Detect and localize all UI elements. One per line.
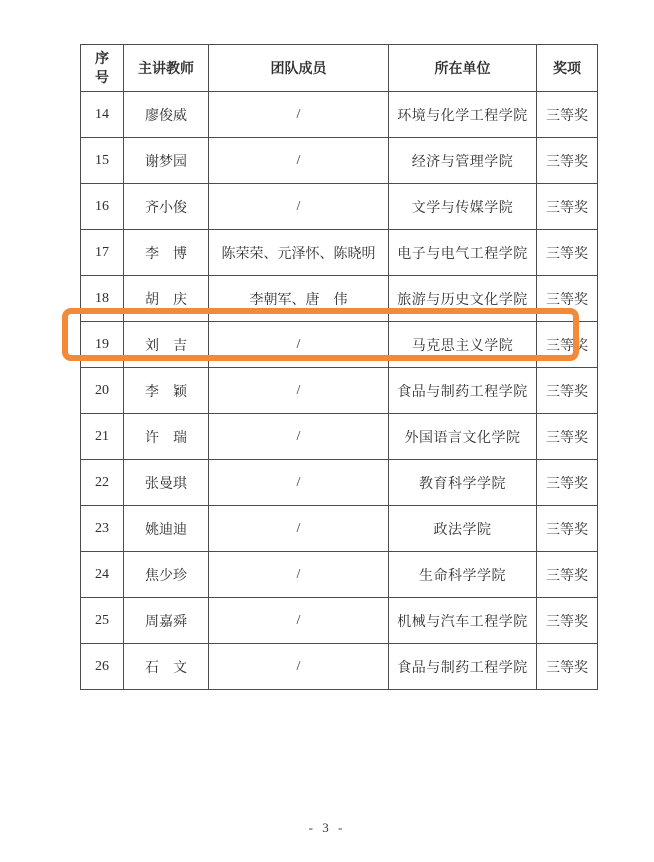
cell-teacher: 焦少珍 <box>124 552 209 598</box>
cell-unit: 机械与汽车工程学院 <box>389 598 537 644</box>
table-row: 19 刘 吉 / 马克思主义学院 三等奖 <box>81 322 598 368</box>
table-row: 17 李 博 陈荣荣、元泽怀、陈晓明 电子与电气工程学院 三等奖 <box>81 230 598 276</box>
cell-unit: 环境与化学工程学院 <box>389 92 537 138</box>
table-row: 25 周嘉舜 / 机械与汽车工程学院 三等奖 <box>81 598 598 644</box>
table-row: 18 胡 庆 李朝军、唐 伟 旅游与历史文化学院 三等奖 <box>81 276 598 322</box>
cell-team: / <box>209 184 389 230</box>
cell-teacher: 许 瑞 <box>124 414 209 460</box>
page-number: - 3 - <box>0 820 654 836</box>
cell-no: 20 <box>81 368 124 414</box>
cell-award: 三等奖 <box>537 552 598 598</box>
document-page: 序 号 主讲教师 团队成员 所在单位 奖项 14 廖俊威 / 环境与化学工程学院… <box>0 0 654 862</box>
cell-unit: 政法学院 <box>389 506 537 552</box>
cell-unit: 电子与电气工程学院 <box>389 230 537 276</box>
table-row: 24 焦少珍 / 生命科学学院 三等奖 <box>81 552 598 598</box>
cell-team: / <box>209 598 389 644</box>
cell-no: 18 <box>81 276 124 322</box>
table-row: 15 谢梦园 / 经济与管理学院 三等奖 <box>81 138 598 184</box>
cell-unit: 食品与制药工程学院 <box>389 644 537 690</box>
cell-team: / <box>209 506 389 552</box>
header-team: 团队成员 <box>209 45 389 92</box>
cell-no: 19 <box>81 322 124 368</box>
cell-team: / <box>209 92 389 138</box>
cell-no: 16 <box>81 184 124 230</box>
cell-award: 三等奖 <box>537 322 598 368</box>
cell-team: / <box>209 414 389 460</box>
cell-no: 17 <box>81 230 124 276</box>
cell-unit: 食品与制药工程学院 <box>389 368 537 414</box>
cell-teacher: 张曼琪 <box>124 460 209 506</box>
cell-teacher: 齐小俊 <box>124 184 209 230</box>
cell-award: 三等奖 <box>537 598 598 644</box>
header-no: 序 号 <box>81 45 124 92</box>
cell-award: 三等奖 <box>537 414 598 460</box>
cell-team: 李朝军、唐 伟 <box>209 276 389 322</box>
table-header-row: 序 号 主讲教师 团队成员 所在单位 奖项 <box>81 45 598 92</box>
cell-no: 26 <box>81 644 124 690</box>
table-row: 21 许 瑞 / 外国语言文化学院 三等奖 <box>81 414 598 460</box>
award-table: 序 号 主讲教师 团队成员 所在单位 奖项 14 廖俊威 / 环境与化学工程学院… <box>80 44 598 690</box>
cell-teacher: 周嘉舜 <box>124 598 209 644</box>
cell-team: / <box>209 368 389 414</box>
cell-teacher: 姚迪迪 <box>124 506 209 552</box>
cell-no: 22 <box>81 460 124 506</box>
cell-team: / <box>209 460 389 506</box>
cell-award: 三等奖 <box>537 92 598 138</box>
cell-no: 23 <box>81 506 124 552</box>
cell-no: 15 <box>81 138 124 184</box>
cell-team: / <box>209 322 389 368</box>
cell-team: 陈荣荣、元泽怀、陈晓明 <box>209 230 389 276</box>
cell-teacher: 胡 庆 <box>124 276 209 322</box>
table-row: 20 李 颖 / 食品与制药工程学院 三等奖 <box>81 368 598 414</box>
cell-award: 三等奖 <box>537 368 598 414</box>
cell-no: 25 <box>81 598 124 644</box>
cell-teacher: 刘 吉 <box>124 322 209 368</box>
cell-teacher: 谢梦园 <box>124 138 209 184</box>
table-row: 23 姚迪迪 / 政法学院 三等奖 <box>81 506 598 552</box>
header-teacher: 主讲教师 <box>124 45 209 92</box>
cell-unit: 生命科学学院 <box>389 552 537 598</box>
cell-unit: 外国语言文化学院 <box>389 414 537 460</box>
cell-team: / <box>209 644 389 690</box>
cell-award: 三等奖 <box>537 230 598 276</box>
cell-no: 14 <box>81 92 124 138</box>
header-unit: 所在单位 <box>389 45 537 92</box>
cell-award: 三等奖 <box>537 276 598 322</box>
cell-award: 三等奖 <box>537 506 598 552</box>
cell-award: 三等奖 <box>537 644 598 690</box>
header-award: 奖项 <box>537 45 598 92</box>
cell-unit: 经济与管理学院 <box>389 138 537 184</box>
cell-team: / <box>209 552 389 598</box>
cell-team: / <box>209 138 389 184</box>
cell-no: 21 <box>81 414 124 460</box>
table-row: 22 张曼琪 / 教育科学学院 三等奖 <box>81 460 598 506</box>
cell-teacher: 李 颖 <box>124 368 209 414</box>
cell-teacher: 廖俊威 <box>124 92 209 138</box>
cell-award: 三等奖 <box>537 138 598 184</box>
cell-teacher: 石 文 <box>124 644 209 690</box>
cell-unit: 文学与传媒学院 <box>389 184 537 230</box>
cell-no: 24 <box>81 552 124 598</box>
table-row: 26 石 文 / 食品与制药工程学院 三等奖 <box>81 644 598 690</box>
cell-award: 三等奖 <box>537 184 598 230</box>
cell-unit: 教育科学学院 <box>389 460 537 506</box>
cell-award: 三等奖 <box>537 460 598 506</box>
table-row: 14 廖俊威 / 环境与化学工程学院 三等奖 <box>81 92 598 138</box>
cell-teacher: 李 博 <box>124 230 209 276</box>
cell-unit: 旅游与历史文化学院 <box>389 276 537 322</box>
cell-unit: 马克思主义学院 <box>389 322 537 368</box>
table-row: 16 齐小俊 / 文学与传媒学院 三等奖 <box>81 184 598 230</box>
